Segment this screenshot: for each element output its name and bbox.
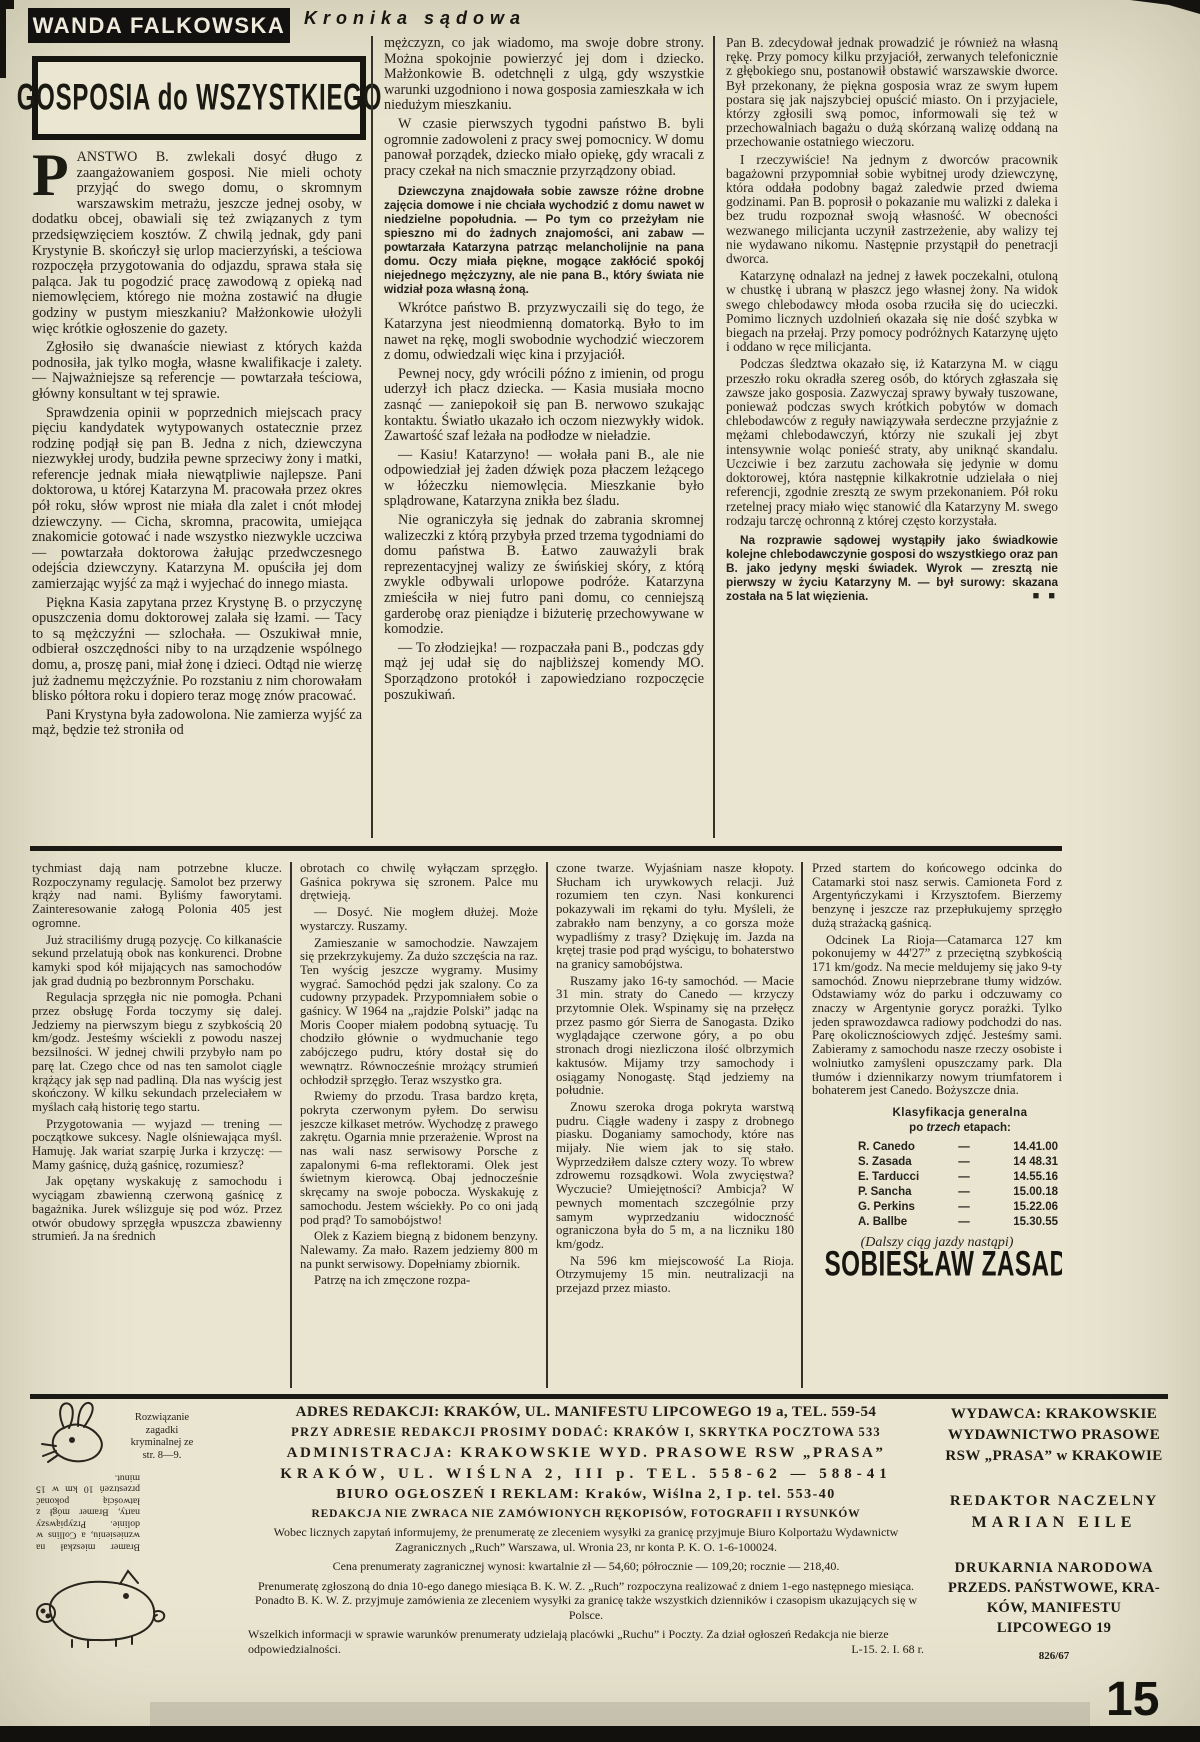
imprint-line: ADRES REDAKCJI: KRAKÓW, UL. MANIFESTU LI… xyxy=(248,1404,924,1421)
article2-column-1: tychmiast dają nam potrzebne klucze. Roz… xyxy=(32,862,282,1388)
scan-band xyxy=(0,1726,1200,1742)
paragraph: Przygotowania — wyjazd — trening — począ… xyxy=(32,1118,282,1173)
paragraph: Na 596 km miejscowość La Rioja. Otrzymuj… xyxy=(556,1255,794,1296)
imprint-line: KRAKÓW, UL. WIŚLNA 2, III p. TEL. 558-62… xyxy=(248,1466,924,1483)
driver-name: R. Canedo xyxy=(858,1140,944,1155)
article2-column-3: czone twarze. Wyjaśniam nasze kłopoty. S… xyxy=(556,862,794,1388)
dash: — xyxy=(944,1200,984,1215)
printer-line: DRUKARNIA NARODOWA xyxy=(938,1558,1170,1578)
imprint-line: Cena prenumeraty zagranicznej wynosi: kw… xyxy=(248,1559,924,1574)
article2-column-2: obrotach co chwilę wyłączam sprzęgło. Ga… xyxy=(300,862,538,1388)
paragraph: Rwiemy do przodu. Trasa bardzo kręta, po… xyxy=(300,1090,538,1227)
imprint-line: BIURO OGŁOSZEŃ I REKLAM: Kraków, Wiślna … xyxy=(248,1487,924,1503)
drop-cap: P xyxy=(32,150,77,198)
paragraph: PAŃSTWO B. zwlekali dosyć długo z zaanga… xyxy=(32,150,362,337)
paragraph: Przed startem do końcowego odcinka do Ca… xyxy=(812,862,1062,931)
printer-line: PRZEDS. PAŃSTWOWE, KRA- xyxy=(938,1578,1170,1598)
section-divider xyxy=(30,846,1062,851)
article-title: GOSPOSIA do WSZYSTKIEGO xyxy=(16,77,382,120)
rubric-title: Kronika sądowa xyxy=(304,8,526,29)
paragraph: Ruszamy jako 16-ty samochód. — Macie 31 … xyxy=(556,975,794,1098)
driver-name: E. Tarducci xyxy=(858,1170,944,1185)
article1-column-2: mężczyzn, co jak wiadomo, ma swoje dobre… xyxy=(384,36,704,838)
article-title-box: GOSPOSIA do WSZYSTKIEGO xyxy=(32,56,366,140)
column-divider xyxy=(801,862,803,1388)
scan-corner-mark xyxy=(1130,0,1200,14)
paragraph: tychmiast dają nam potrzebne klucze. Roz… xyxy=(32,862,282,931)
classification-row: P. Sancha—15.00.18 xyxy=(858,1185,1062,1200)
paragraph: Pani Krystyna była zadowolona. Nie zamie… xyxy=(32,708,362,739)
publisher-line: WYDAWNICTWO PRASOWE xyxy=(938,1425,1170,1446)
author-box: WANDA FALKOWSKA xyxy=(28,8,290,43)
subtitle-word: etapach: xyxy=(964,1122,1011,1134)
paragraph: Podczas śledztwa okazało się, iż Katarzy… xyxy=(726,357,1058,527)
classification-subtitle: po trzech etapach: xyxy=(858,1121,1062,1136)
paragraph: Pewnej nocy, gdy wrócili późno z imienin… xyxy=(384,367,704,445)
classification-row: A. Ballbe—15.30.55 xyxy=(858,1215,1062,1230)
driver-time: 14.55.16 xyxy=(984,1170,1062,1185)
puzzle-solution-text: Bramer mieszkał na wzniesieniu, a Collin… xyxy=(36,1472,140,1553)
publisher-line: RSW „PRASA” w KRAKOWIE xyxy=(938,1446,1170,1467)
imprint-line: REDAKCJA NIE ZWRACA NIE ZAMÓWIONYCH RĘKO… xyxy=(248,1508,924,1520)
paragraph-text: Na rozprawie sądowej wystąpiły jako świa… xyxy=(726,533,1058,603)
article2-column-4: Przed startem do końcowego odcinka do Ca… xyxy=(812,862,1062,1388)
imprint-line: PRZY ADRESIE REDAKCJI PROSIMY DODAĆ: KRA… xyxy=(248,1425,924,1440)
imprint-line: Wobec licznych zapytań informujemy, że p… xyxy=(248,1525,924,1554)
column-divider xyxy=(290,862,292,1388)
classification-title: Klasyfikacja generalna xyxy=(858,1106,1062,1121)
paragraph: Nie ograniczyła się jednak do zabrania s… xyxy=(384,513,704,638)
paragraph: Olek z Kaziem biegną z bidonem benzyny. … xyxy=(300,1230,538,1271)
paragraph: Regulacja sprzęgła nic nie pomogła. Pcha… xyxy=(32,991,282,1114)
print-date-code: L-15. 2. I. 68 r. xyxy=(851,1642,924,1657)
imprint-block: ADRES REDAKCJI: KRAKÓW, UL. MANIFESTU LI… xyxy=(248,1404,924,1656)
paragraph: Wkrótce państwo B. przyzwyczaili się do … xyxy=(384,301,704,363)
dash: — xyxy=(944,1215,984,1230)
paragraph: Pan B. zdecydował jednak prowadzić je ró… xyxy=(726,36,1058,150)
column-divider xyxy=(371,36,373,838)
paragraph: — Kasiu! Katarzyno! — wołała pani B., al… xyxy=(384,448,704,510)
paragraph: Piękna Kasia zapytana przez Krystynę B. … xyxy=(32,596,362,705)
classification-row: R. Canedo—14.41.00 xyxy=(858,1140,1062,1155)
paragraph: obrotach co chwilę wyłączam sprzęgło. Ga… xyxy=(300,862,538,903)
classification-row: E. Tarducci—14.55.16 xyxy=(858,1170,1062,1185)
paragraph: Sprawdzenia opinii w poprzednich miejsca… xyxy=(32,406,362,593)
paragraph-text: AŃSTWO B. zwlekali dosyć długo z zaangaż… xyxy=(32,150,362,337)
rabbit-sketch-icon xyxy=(34,1398,126,1471)
paragraph: Odcinek La Rioja—Catamarca 127 km pokonu… xyxy=(812,934,1062,1098)
end-of-article-mark: ■ ■ xyxy=(1019,589,1058,603)
driver-name: S. Zasada xyxy=(858,1155,944,1170)
paragraph: I rzeczywiście! Na jednym z dworców prac… xyxy=(726,153,1058,267)
driver-time: 14 48.31 xyxy=(984,1155,1062,1170)
driver-name: A. Ballbe xyxy=(858,1215,944,1230)
paragraph: — To złodziejka! — rozpaczała pani B., p… xyxy=(384,641,704,703)
subtitle-word: trzech xyxy=(926,1122,960,1134)
classification-row: G. Perkins—15.22.06 xyxy=(858,1200,1062,1215)
scan-band xyxy=(150,1702,1090,1728)
pig-sketch-icon xyxy=(28,1566,168,1653)
editor-name: MARIAN EILE xyxy=(938,1512,1170,1534)
paragraph: W czasie pierwszych tygodni państwo B. b… xyxy=(384,117,704,179)
publisher-line: WYDAWCA: KRAKOWSKIE xyxy=(938,1404,1170,1425)
paragraph: czone twarze. Wyjaśniam nasze kłopoty. S… xyxy=(556,862,794,972)
column-divider xyxy=(546,862,548,1388)
imprint-line: ADMINISTRACJA: KRAKOWSKIE WYD. PRASOWE R… xyxy=(248,1445,924,1462)
paragraph: Patrzę na ich zmęczone rozpa- xyxy=(300,1274,538,1288)
paragraph-petit: Dziewczyna znajdowała sobie zawsze różne… xyxy=(384,184,704,296)
driver-name: P. Sancha xyxy=(858,1185,944,1200)
publisher-block: WYDAWCA: KRAKOWSKIE WYDAWNICTWO PRASOWE … xyxy=(938,1404,1170,1662)
paragraph-petit: Na rozprawie sądowej wystąpiły jako świa… xyxy=(726,533,1058,603)
article1-column-1: PAŃSTWO B. zwlekali dosyć długo z zaanga… xyxy=(32,150,362,838)
imprint-line: Prenumeratę zgłoszoną do dnia 10-ego dan… xyxy=(248,1579,924,1623)
dash: — xyxy=(944,1170,984,1185)
imprint-line: Wszelkich informacji w sprawie warunków … xyxy=(248,1627,924,1656)
classification-table: Klasyfikacja generalna po trzech etapach… xyxy=(858,1106,1062,1230)
classification-row: S. Zasada—14 48.31 xyxy=(858,1155,1062,1170)
imprint-text: Wszelkich informacji w sprawie warunków … xyxy=(248,1627,889,1656)
section-divider xyxy=(30,1394,1168,1399)
dash: — xyxy=(944,1155,984,1170)
driver-time: 14.41.00 xyxy=(984,1140,1062,1155)
puzzle-solution-note: Rozwiązanie zagadki kryminalnej ze str. … xyxy=(124,1412,200,1462)
newspaper-page: WANDA FALKOWSKA Kronika sądowa GOSPOSIA … xyxy=(0,0,1200,1742)
subtitle-word: po xyxy=(909,1122,923,1134)
paragraph: Znowu szeroka droga pokryta warstwą pudr… xyxy=(556,1101,794,1252)
dash: — xyxy=(944,1140,984,1155)
paragraph: Już straciliśmy drugą pozycję. Co kilkan… xyxy=(32,934,282,989)
paragraph: mężczyzn, co jak wiadomo, ma swoje dobre… xyxy=(384,36,704,114)
editor-line: REDAKTOR NACZELNY xyxy=(938,1491,1170,1512)
paragraph: Katarzynę odnalazł na jednej z ławek poc… xyxy=(726,269,1058,354)
column-divider xyxy=(713,36,715,838)
printer-line: KÓW, MANIFESTU LIPCOWEGO 19 xyxy=(938,1598,1170,1638)
paragraph: Zamieszanie w samochodzie. Nawzajem się … xyxy=(300,937,538,1088)
author-signature: SOBIESŁAW ZASADA xyxy=(825,1256,1050,1274)
author-name: WANDA FALKOWSKA xyxy=(33,13,286,39)
driver-time: 15.30.55 xyxy=(984,1215,1062,1230)
driver-time: 15.00.18 xyxy=(984,1185,1062,1200)
article1-column-3: Pan B. zdecydował jednak prowadzić je ró… xyxy=(726,36,1058,840)
print-order-number: 826/67 xyxy=(938,1650,1170,1662)
dash: — xyxy=(944,1185,984,1200)
paragraph: — Dosyć. Nie mogłem dłużej. Może wystarc… xyxy=(300,906,538,933)
driver-time: 15.22.06 xyxy=(984,1200,1062,1215)
paragraph: Zgłosiło się dwanaście niewiast z któryc… xyxy=(32,340,362,402)
paragraph: Jak opętany wyskakuję z samochodu i wyci… xyxy=(32,1175,282,1244)
driver-name: G. Perkins xyxy=(858,1200,944,1215)
page-number: 15 xyxy=(1106,1672,1159,1727)
scan-edge-mark xyxy=(0,0,6,78)
